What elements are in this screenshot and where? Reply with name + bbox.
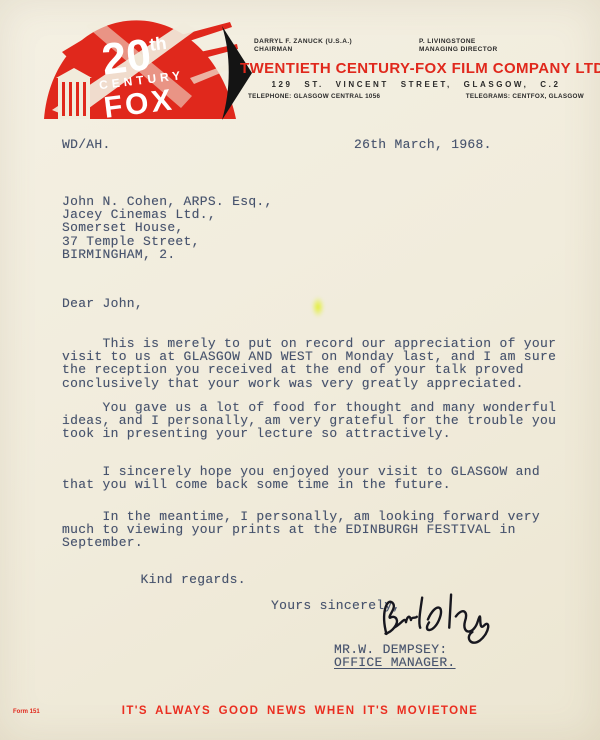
telephone-line: TELEPHONE: GLASGOW CENTRAL 1056	[248, 93, 380, 100]
signer-title: OFFICE MANAGER.	[334, 656, 456, 669]
chairman-block: DARRYL F. ZANUCK (U.S.A.) CHAIRMAN	[254, 38, 419, 54]
contact-line: TELEPHONE: GLASGOW CENTRAL 1056 TELEGRAM…	[248, 93, 584, 100]
salutation: Dear John,	[62, 297, 143, 310]
telegrams-line: TELEGRAMS: CENTFOX, GLASGOW	[466, 93, 584, 100]
reference-code: WD/AH.	[62, 138, 111, 151]
managing-director-block: P. LIVINGSTONE MANAGING DIRECTOR	[419, 38, 584, 54]
company-name: TWENTIETH CENTURY-FOX FILM COMPANY LTD	[240, 60, 592, 77]
company-address: 129 ST. VINCENT STREET, GLASGOW, C.2	[240, 80, 592, 89]
body-paragraph-3: I sincerely hope you enjoyed your visit …	[62, 465, 540, 491]
director-title: MANAGING DIRECTOR	[419, 46, 584, 54]
body-paragraph-4: In the meantime, I personally, am lookin…	[62, 510, 540, 550]
closing-phrase: Kind regards.	[100, 573, 246, 586]
fox-logo-graphic: 20th CENTURY FOX	[42, 18, 238, 122]
chairman-title: CHAIRMAN	[254, 46, 419, 54]
body-paragraph-1: This is merely to put on record our appr…	[62, 337, 556, 390]
officers-block: DARRYL F. ZANUCK (U.S.A.) CHAIRMAN P. LI…	[254, 38, 584, 54]
fox-logo-icon: 20th CENTURY FOX	[42, 18, 238, 122]
body-paragraph-2: You gave us a lot of food for thought an…	[62, 401, 556, 441]
letter-date: 26th March, 1968.	[354, 138, 492, 151]
director-name: P. LIVINGSTONE	[419, 38, 584, 46]
movietone-slogan: IT'S ALWAYS GOOD NEWS WHEN IT'S MOVIETON…	[0, 705, 600, 717]
paper-stain	[311, 296, 325, 318]
letter-page: 20th CENTURY FOX DARRYL F. ZANUCK (U.S.A…	[0, 0, 600, 740]
recipient-address: John N. Cohen, ARPS. Esq., Jacey Cinemas…	[62, 195, 273, 261]
chairman-name: DARRYL F. ZANUCK (U.S.A.)	[254, 38, 419, 46]
